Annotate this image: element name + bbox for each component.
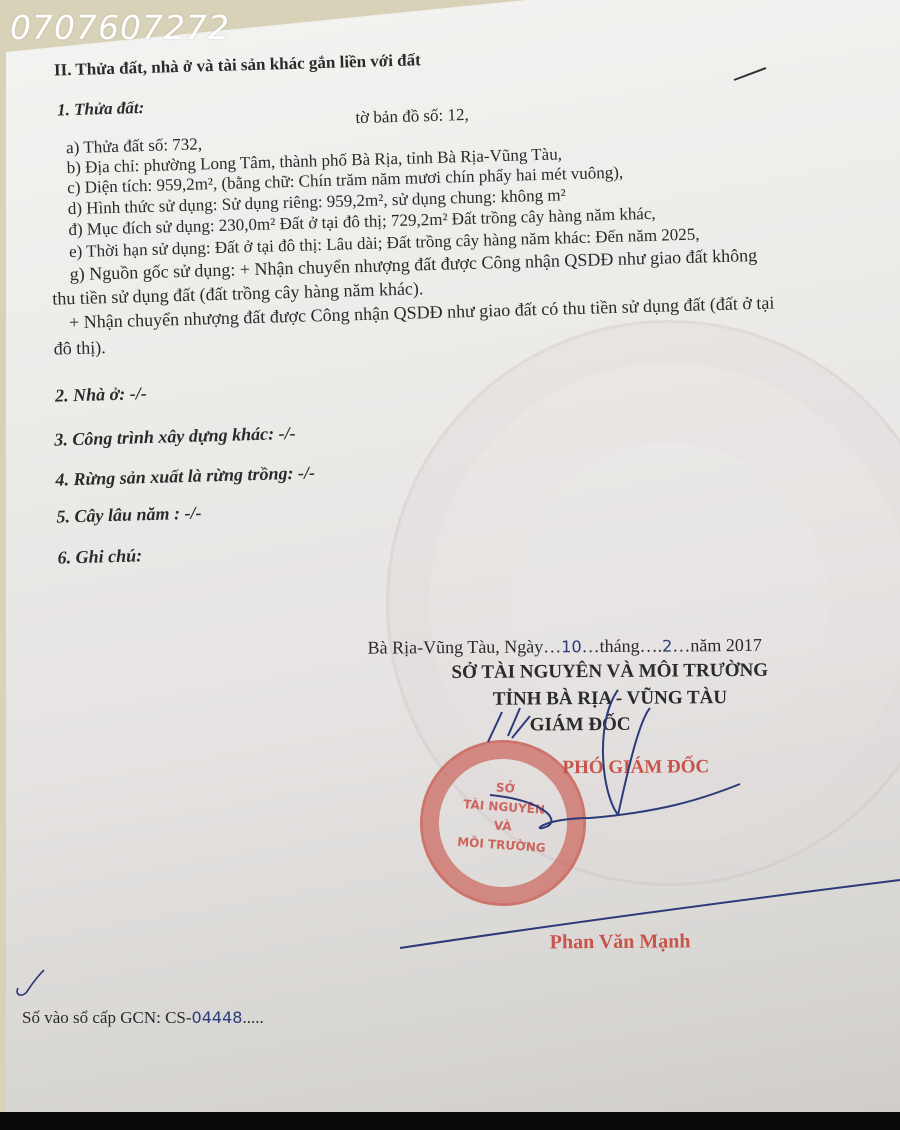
- handwritten-month: 2: [662, 636, 672, 655]
- issuing-province: TỈNH BÀ RỊA - VŨNG TÀU: [400, 686, 820, 711]
- deputy-director-title: PHÓ GIÁM ĐỐC: [562, 756, 709, 779]
- issuing-department: SỞ TÀI NGUYÊN VÀ MÔI TRƯỜNG: [400, 659, 820, 684]
- handwritten-day: 10: [561, 637, 581, 656]
- director-title: GIÁM ĐỐC: [420, 713, 740, 737]
- registry-number: Số vào sổ cấp GCN: CS-04448.....: [22, 1008, 264, 1028]
- signer-name: Phan Văn Mạnh: [550, 930, 691, 954]
- bottom-black-bar: [0, 1112, 900, 1130]
- handwritten-registry-number: 04448: [192, 1008, 243, 1027]
- phone-number-watermark: 0707607272: [10, 8, 230, 47]
- signature-block: Bà Rịa-Vũng Tàu, Ngày…10…tháng….2…năm 20…: [0, 0, 900, 1130]
- issue-date: Bà Rịa-Vũng Tàu, Ngày…10…tháng….2…năm 20…: [368, 635, 762, 659]
